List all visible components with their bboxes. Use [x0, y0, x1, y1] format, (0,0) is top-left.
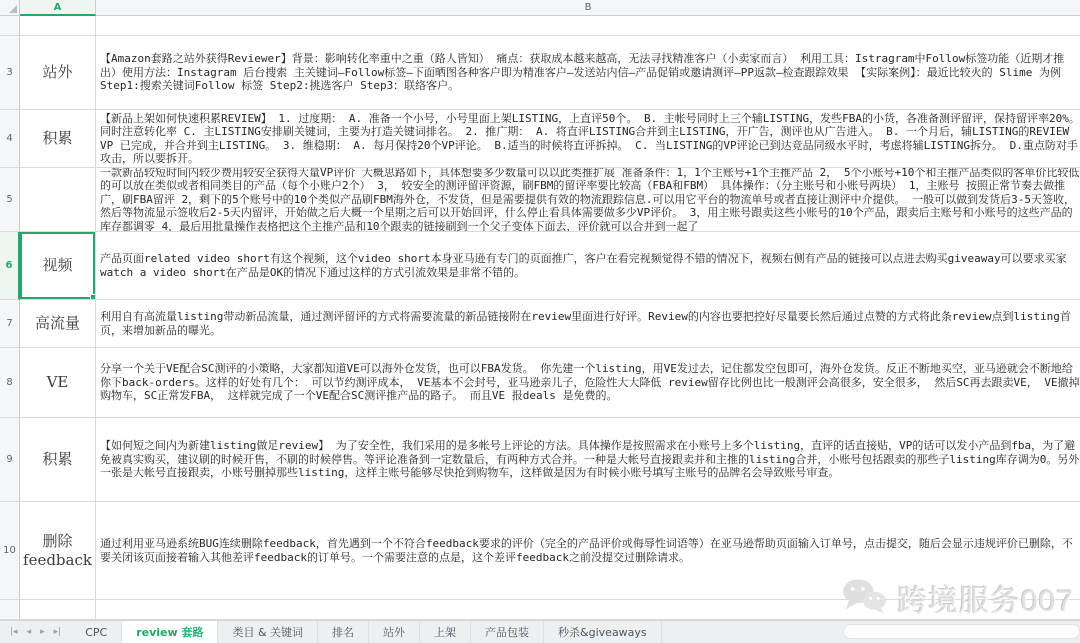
table-row-partial-top: [0, 16, 1080, 36]
table-row: 4 积累 【新品上架如何快速积累REVIEW】 1. 过度期： A. 准备一个小…: [0, 110, 1080, 168]
cell-a[interactable]: 积累: [20, 418, 96, 502]
cell-a[interactable]: 高流量: [20, 300, 96, 348]
cell-b[interactable]: 【如何短之间内为新建listing做足review】 为了安全性，我们采用的是多…: [96, 418, 1080, 502]
cell-b[interactable]: [96, 600, 1080, 620]
cell-b-text: 产品页面related video short有这个视频，这个video sho…: [100, 252, 1067, 279]
sheet-tab-label: 类目 & 关键词: [232, 624, 303, 640]
prev-sheet-icon[interactable]: ◂: [27, 627, 32, 637]
select-all-corner[interactable]: [0, 0, 20, 16]
cell-b[interactable]: 通过利用亚马逊系统BUG连续删除feedback，首先遇到一个不符合feedba…: [96, 502, 1080, 600]
cell-b[interactable]: 产品页面related video short有这个视频，这个video sho…: [96, 232, 1080, 300]
cell-a-label: 视频: [42, 256, 72, 275]
sheet-nav: |◂ ◂ ▸ ▸|: [0, 621, 71, 643]
horizontal-scrollbar-thumb[interactable]: [843, 624, 1080, 639]
cell-b-text: 【Amazon套路之站外获得Reviewer】背景：影响转化率重中之重（路人皆知…: [100, 52, 1064, 92]
sheet-tab[interactable]: 产品包装: [471, 621, 544, 643]
sheet-tab-label: 上架: [434, 624, 456, 640]
row-number: 3: [6, 67, 12, 78]
row-number: 10: [3, 545, 16, 556]
spreadsheet: A B 3 站外 【Amazon套路之站外获得Reviewer】背景：影响转化率…: [0, 0, 1080, 643]
sheet-tab[interactable]: review 套路: [122, 621, 218, 643]
sheet-tab-label: CPC: [85, 626, 107, 639]
sheet-tab-bar: |◂ ◂ ▸ ▸| CPCreview 套路类目 & 关键词排名站外上架产品包装…: [0, 620, 1080, 643]
first-sheet-icon[interactable]: |◂: [10, 627, 18, 637]
sheet-tab[interactable]: 排名: [318, 621, 369, 643]
row-header[interactable]: 4: [0, 110, 20, 168]
cell-b[interactable]: 利用自有高流量listing带动新品流量，通过测评留评的方式将需要流量的新品链接…: [96, 300, 1080, 348]
row-header[interactable]: 5: [0, 168, 20, 232]
sheet-tab-label: review 套路: [136, 624, 203, 640]
cell-b-text: 【新品上架如何快速积累REVIEW】 1. 过度期： A. 准备一个小号，小号里…: [100, 112, 1080, 166]
column-header-b[interactable]: B: [96, 0, 1080, 16]
cell-b-text: 利用自有高流量listing带动新品流量，通过测评留评的方式将需要流量的新品链接…: [100, 310, 1071, 337]
table-row-partial-bottom: [0, 600, 1080, 620]
cell-a[interactable]: 积累: [20, 110, 96, 168]
row-header[interactable]: 3: [0, 36, 20, 110]
row-number: 4: [6, 133, 12, 144]
table-row: 9 积累 【如何短之间内为新建listing做足review】 为了安全性，我们…: [0, 418, 1080, 502]
cell-b-text: 【如何短之间内为新建listing做足review】 为了安全性，我们采用的是多…: [100, 439, 1079, 479]
row-header[interactable]: 10: [0, 502, 20, 600]
select-all-triangle-icon: [9, 5, 17, 13]
row-header[interactable]: 7: [0, 300, 20, 348]
sheet-tab-label: 排名: [332, 624, 354, 640]
table-row: 3 站外 【Amazon套路之站外获得Reviewer】背景：影响转化率重中之重…: [0, 36, 1080, 110]
cell-b[interactable]: 【Amazon套路之站外获得Reviewer】背景：影响转化率重中之重（路人皆知…: [96, 36, 1080, 110]
cell-a[interactable]: [20, 168, 96, 232]
cell-a-label: VE: [47, 373, 69, 392]
row-header[interactable]: 6: [0, 232, 20, 300]
row-number: 5: [6, 194, 12, 205]
sheet-tab[interactable]: 站外: [369, 621, 420, 643]
cell-a-label: 站外: [42, 63, 72, 82]
table-row: 10 删除feedback 通过利用亚马逊系统BUG连续删除feedback，首…: [0, 502, 1080, 600]
last-sheet-icon[interactable]: ▸|: [54, 627, 62, 637]
column-header-row: A B: [0, 0, 1080, 16]
cell-a[interactable]: 视频: [20, 232, 96, 300]
cell-a-label: 积累: [42, 450, 72, 469]
table-row: 8 VE 分享一个关于VE配合SC测评的小策略，大家都知道VE可以海外仓发货，也…: [0, 348, 1080, 418]
row-number: 8: [6, 377, 12, 388]
cell-a[interactable]: VE: [20, 348, 96, 418]
cell-a[interactable]: [20, 16, 96, 36]
cell-b[interactable]: 分享一个关于VE配合SC测评的小策略，大家都知道VE可以海外仓发货，也可以FBA…: [96, 348, 1080, 418]
sheet-tab-label: 产品包装: [485, 624, 529, 640]
cell-a[interactable]: [20, 600, 96, 620]
cell-b-text: 通过利用亚马逊系统BUG连续删除feedback，首先遇到一个不符合feedba…: [100, 537, 1073, 564]
cell-b-text: 一款新品较短时间内较少费用较安全获得大量VP评价 大概思路如下，具体想要多少数量…: [100, 168, 1079, 232]
row-header[interactable]: [0, 16, 20, 36]
cell-b[interactable]: 【新品上架如何快速积累REVIEW】 1. 过度期： A. 准备一个小号，小号里…: [96, 110, 1080, 168]
cell-b[interactable]: 一款新品较短时间内较少费用较安全获得大量VP评价 大概思路如下，具体想要多少数量…: [96, 168, 1080, 232]
sheet-tab[interactable]: 上架: [420, 621, 471, 643]
table-row: 7 高流量 利用自有高流量listing带动新品流量，通过测评留评的方式将需要流…: [0, 300, 1080, 348]
sheet-tab[interactable]: CPC: [71, 621, 122, 643]
sheet-tab[interactable]: 类目 & 关键词: [218, 621, 318, 643]
sheet-tab-label: 站外: [383, 624, 405, 640]
cell-a[interactable]: 删除feedback: [20, 502, 96, 600]
sheet-tab-label: 秒杀&giveaways: [558, 624, 647, 640]
row-header[interactable]: 9: [0, 418, 20, 502]
row-number: 7: [6, 318, 12, 329]
cell-a-label: 积累: [42, 129, 72, 148]
sheet-tab[interactable]: 秒杀&giveaways: [544, 621, 662, 643]
cell-b-text: 分享一个关于VE配合SC测评的小策略，大家都知道VE可以海外仓发货，也可以FBA…: [100, 362, 1080, 402]
cell-a-label: 删除feedback: [22, 532, 93, 570]
table-row: 5 一款新品较短时间内较少费用较安全获得大量VP评价 大概思路如下，具体想要多少…: [0, 168, 1080, 232]
row-number: 6: [6, 260, 13, 271]
row-header[interactable]: 8: [0, 348, 20, 418]
cell-a[interactable]: 站外: [20, 36, 96, 110]
sheet-tabs: CPCreview 套路类目 & 关键词排名站外上架产品包装秒杀&giveawa…: [71, 621, 661, 643]
grid-rows: 3 站外 【Amazon套路之站外获得Reviewer】背景：影响转化率重中之重…: [0, 36, 1080, 600]
table-row: 6 视频 产品页面related video short有这个视频，这个vide…: [0, 232, 1080, 300]
row-header[interactable]: [0, 600, 20, 620]
cell-b[interactable]: [96, 16, 1080, 36]
next-sheet-icon[interactable]: ▸: [40, 627, 45, 637]
cell-a-label: 高流量: [35, 314, 80, 333]
column-header-a[interactable]: A: [20, 0, 96, 16]
row-number: 9: [6, 454, 12, 465]
